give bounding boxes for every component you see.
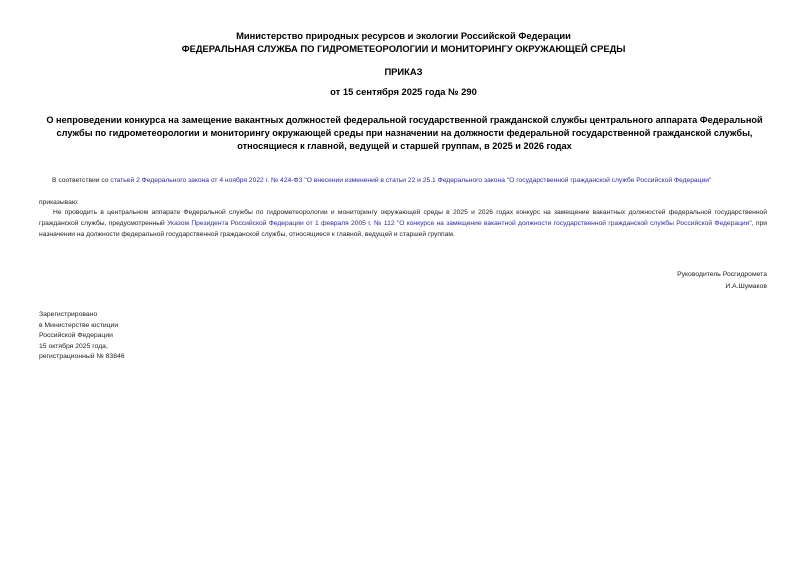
registration-line: Российской Федерации [39, 331, 125, 342]
document-type: ПРИКАЗ [0, 66, 807, 78]
registration-date: 15 октября 2025 года, [39, 342, 125, 353]
signature-block: Руководитель Росгидромета И.А.Шумаков [677, 269, 767, 293]
document-date-number: от 15 сентября 2025 года № 290 [0, 86, 807, 98]
presidential-decree-link[interactable]: Указом Президента Российской Федерации о… [167, 220, 752, 227]
federal-law-link[interactable]: статьей 2 Федерального закона от 4 ноябр… [110, 177, 711, 184]
document-subject: О непроведении конкурса на замещение вак… [32, 114, 777, 153]
ministry-name: Министерство природных ресурсов и эколог… [0, 30, 807, 42]
registration-number: регистрационный № 83846 [39, 352, 125, 363]
signatory-position: Руководитель Росгидромета [677, 269, 767, 281]
service-name: ФЕДЕРАЛЬНАЯ СЛУЖБА ПО ГИДРОМЕТЕОРОЛОГИИ … [0, 43, 807, 55]
preamble-prefix: В соответствии со [52, 177, 110, 184]
document-page: Министерство природных ресурсов и эколог… [0, 0, 807, 571]
registration-line: в Министерстве юстиции [39, 321, 125, 332]
signatory-name: И.А.Шумаков [677, 281, 767, 293]
decision-paragraph: Не проводить в центральном аппарате Феде… [39, 207, 767, 240]
registration-block: Зарегистрировано в Министерстве юстиции … [39, 310, 125, 363]
preamble-paragraph: В соответствии со статьей 2 Федерального… [52, 175, 782, 186]
registration-line: Зарегистрировано [39, 310, 125, 321]
